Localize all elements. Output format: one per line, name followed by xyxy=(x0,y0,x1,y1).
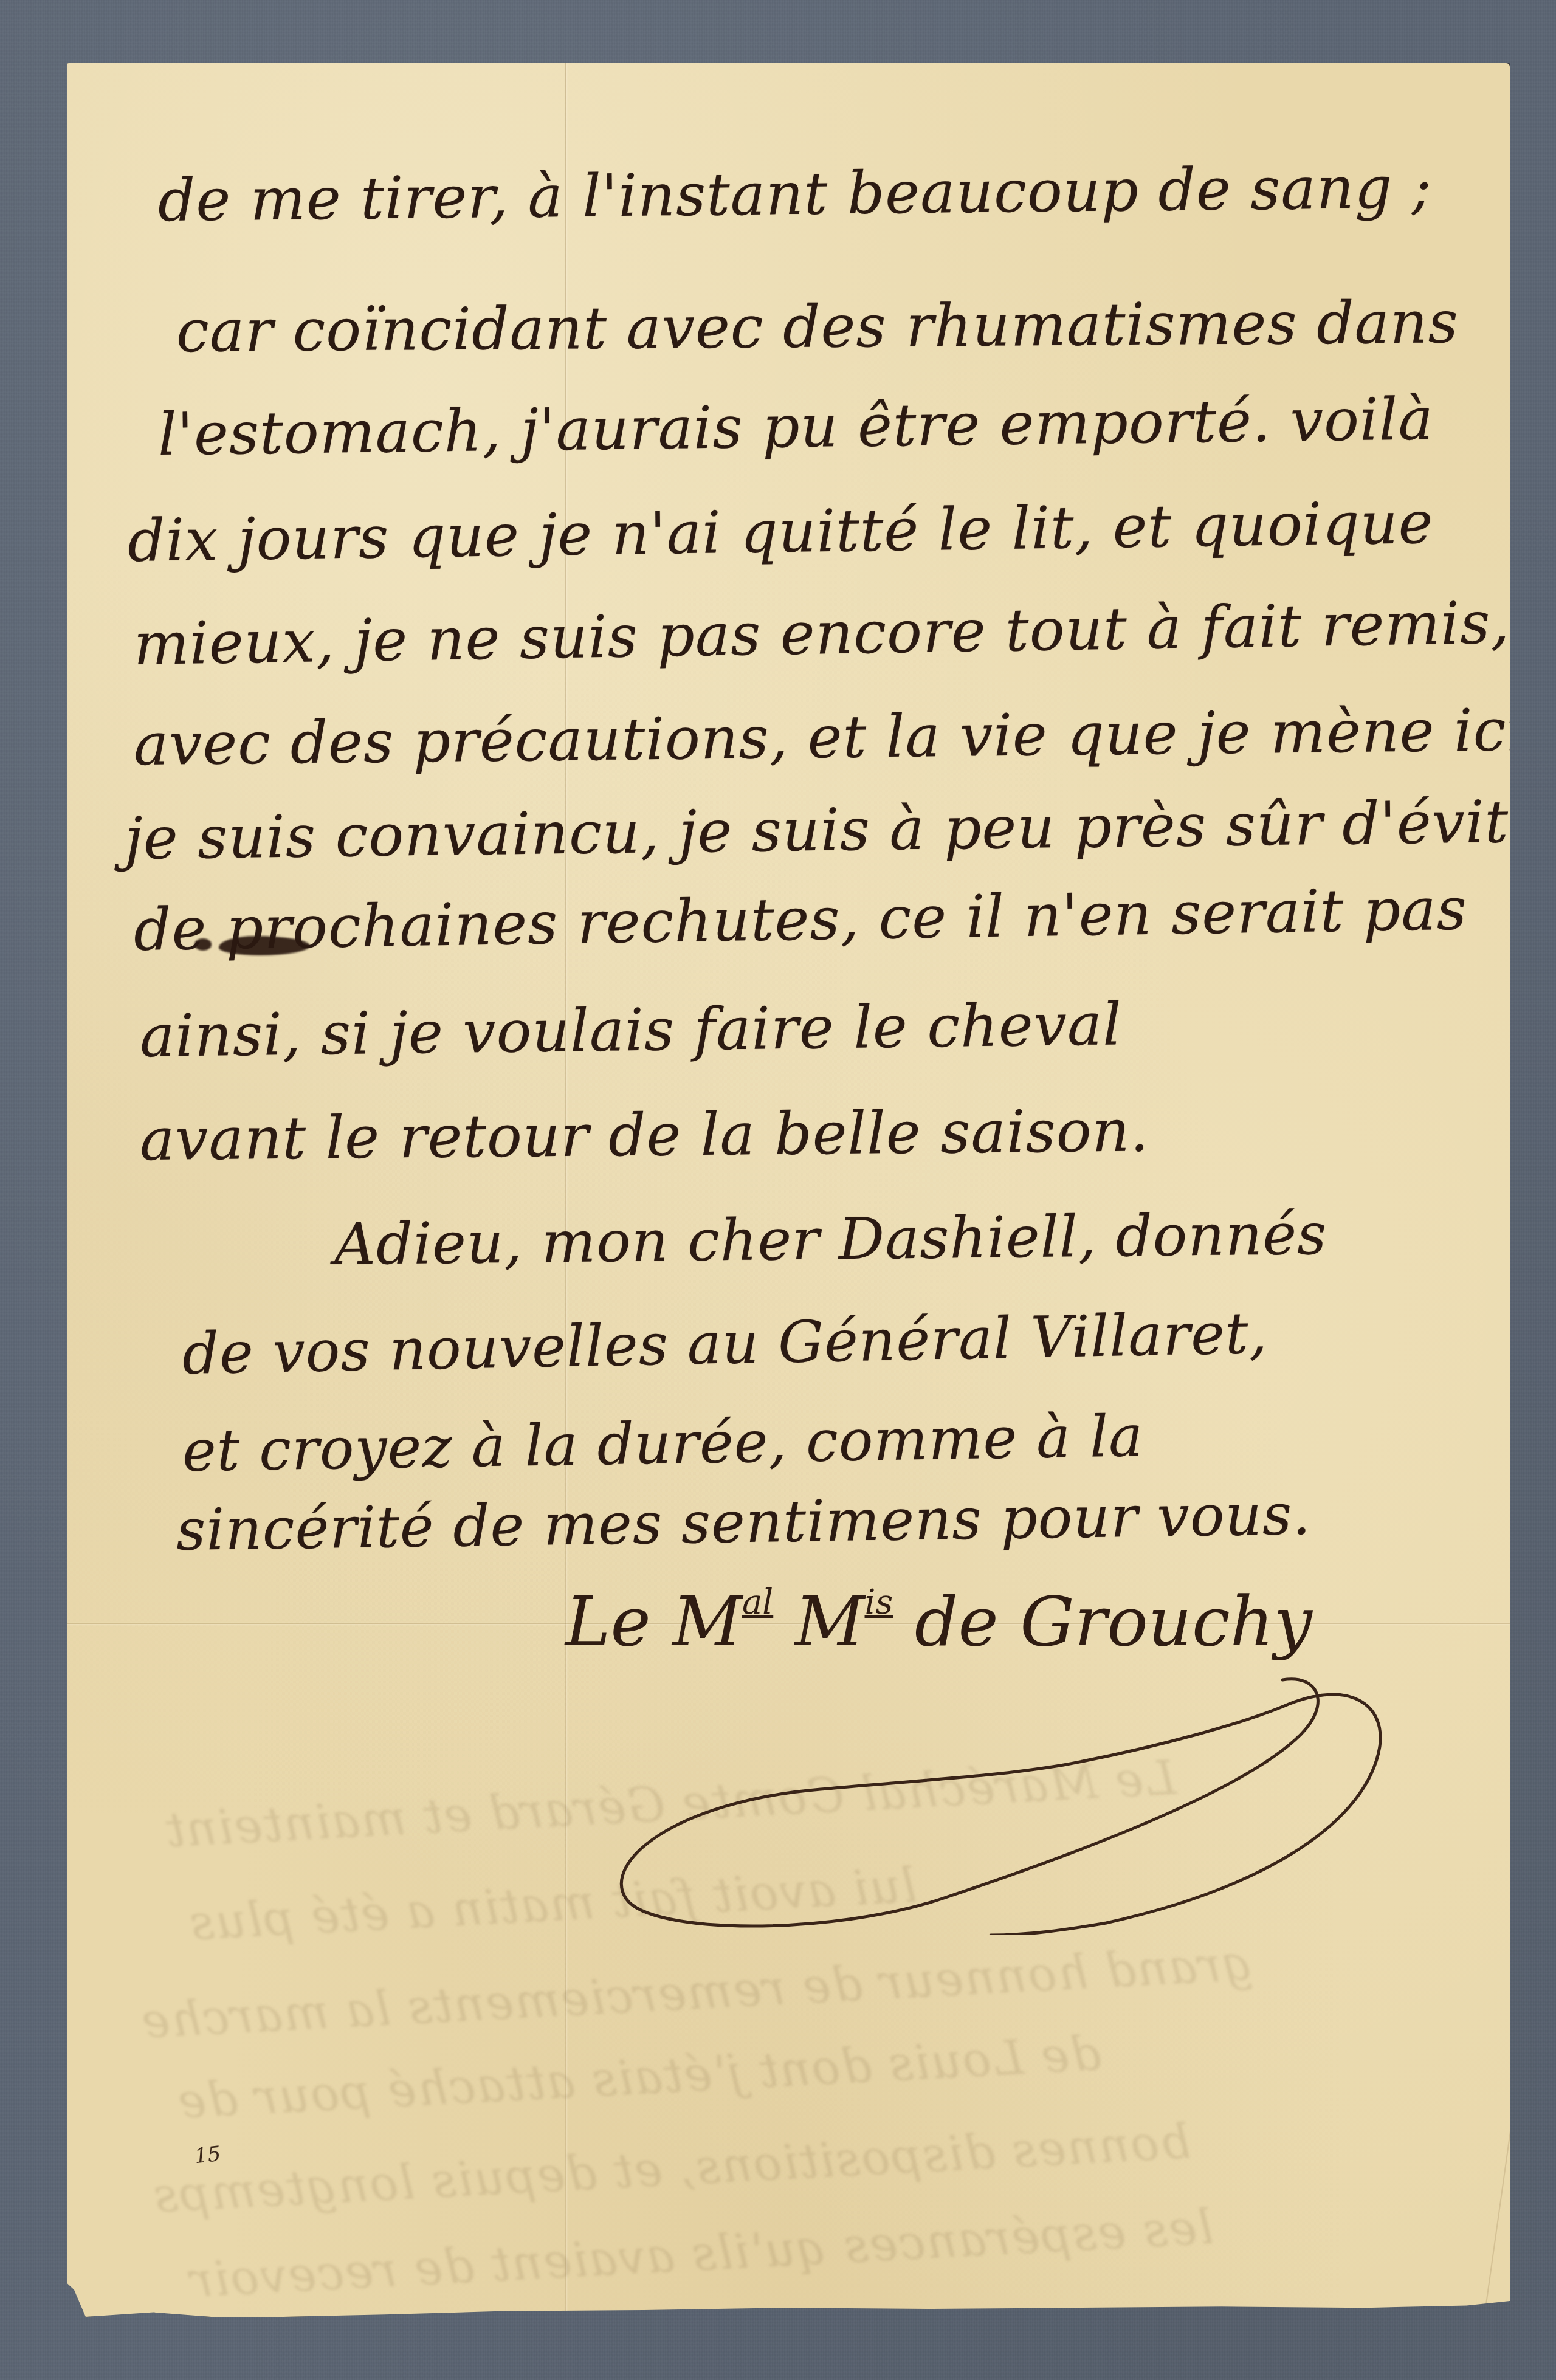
body-line: car coïncidant avec des rhumatismes dans xyxy=(176,288,1459,365)
signature-flourish-icon xyxy=(602,1668,1392,1935)
body-line: l'estomach, j'aurais pu être emporté. vo… xyxy=(157,385,1434,469)
body-line: avant le retour de la belle saison. xyxy=(140,1097,1150,1174)
closing-line: sincérité de mes sentimens pour vous. xyxy=(176,1482,1311,1564)
signature-title-sup: is xyxy=(865,1583,893,1622)
body-line: ainsi, si je voulais faire le cheval xyxy=(139,990,1122,1070)
closing-line: de vos nouvelles au Général Villaret, xyxy=(182,1301,1268,1388)
letter-body: de me tirer, à l'instant beaucoup de san… xyxy=(67,63,1510,2317)
closing-line: et croyez à la durée, comme à la xyxy=(182,1403,1144,1485)
body-line: je suis convaincu, je suis à peu près sû… xyxy=(124,787,1510,873)
closing-line: Adieu, mon cher Dashiell, donnés xyxy=(334,1202,1327,1278)
signature-name: de Grouchy xyxy=(893,1583,1312,1662)
signature-prefix: Le M xyxy=(565,1583,742,1662)
body-line: dix jours que je n'ai quitté le lit, et … xyxy=(127,489,1434,575)
corner-number-mark: 15 xyxy=(193,2142,222,2168)
body-line: avec des précautions, et la vie que je m… xyxy=(133,696,1510,779)
signature: Le Mal Mis de Grouchy xyxy=(565,1583,1312,1662)
signature-title-sup: al xyxy=(742,1583,773,1622)
body-line: de me tirer, à l'instant beaucoup de san… xyxy=(157,153,1432,235)
body-line: mieux, je ne suis pas encore tout à fait… xyxy=(133,588,1510,678)
body-line: de prochaines rechutes, ce il n'en serai… xyxy=(133,875,1468,964)
letter-sheet: Le Maréchal Comte Gérard et mainteint lu… xyxy=(67,63,1510,2317)
signature-middle: M xyxy=(773,1583,864,1662)
